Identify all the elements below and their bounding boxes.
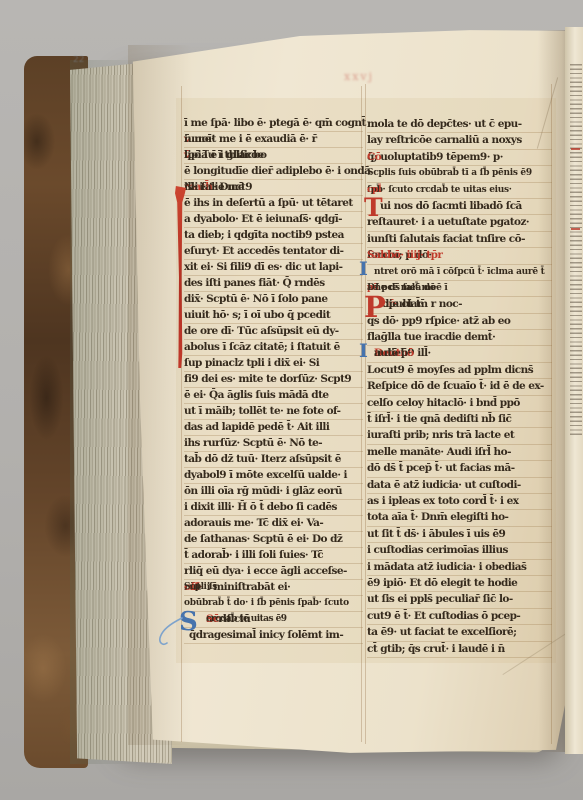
manuscript-line: ē9 ipiō· Et dō elegit te hodie — [367, 576, 552, 592]
body-text: iuuoīt me i ē exaudiā ē· r̄ — [184, 132, 317, 147]
body-text: adorauis me· Tc̄ dix̄ ei· Va- — [184, 516, 323, 531]
manuscript-line: ut ſit t̄ ds̄· i ābules ī uis ē9 — [367, 527, 552, 543]
body-text: tab̄ dō dz̄ tuū· Iterz aſsūpsit ē — [184, 452, 341, 467]
manuscript-line: i cuſtodias cerimoīas illius — [367, 543, 552, 559]
body-text: ntret orō mā ī cōſpcū t̄· īclma aurē t̄ — [374, 265, 544, 280]
manuscript-line: celſo celoy hitaclō· i bnd̄ ppō — [367, 396, 552, 412]
body-text: ta ē9· ut faciat te excelſiorē; — [367, 625, 517, 640]
manuscript-photo: 22 xxvj ī me ſpā· libo ē· ptegā ē· qm̄ c… — [0, 0, 583, 800]
manuscript-line: ē longitudīe dier̄ adiplebo ē· i ondā — [184, 164, 363, 180]
manuscript-line: fi9 dei es· mite te dorſūz· Scpt9 — [184, 372, 363, 388]
body-text: Reſpice dō de ſcuaīo t̄· id ē de ex- — [367, 379, 544, 394]
body-text: iuraſti prib; nris trā lacte et — [367, 428, 514, 443]
body-text: celſo celoy hitaclō· i bnd̄ ppō — [367, 396, 520, 411]
body-text: q̄; uoluptatib9 tēpem9· p· — [367, 150, 503, 165]
body-text: xit ei· Si fili9 dī es· dic ut lapi- — [184, 260, 343, 275]
manuscript-line: ſpb̄· ſcuto crcdab̄ te uitas eius· cpl̄ — [367, 183, 552, 199]
manuscript-line: rliq̄ eū dya· i ecce āgli acceſse- — [184, 564, 363, 580]
manuscript-line: ct̄ gtib; q̄s crut̄· i laudē i n̄ — [367, 642, 552, 658]
manuscript-line: rūt· i miniſtrabāt ei· off· Scpli ſs̄ — [184, 580, 363, 596]
manuscript-line: i dixit illi· H̄ ō t̄ debo ſi cadēs — [184, 500, 363, 516]
manuscript-line: as i ipleas ex toto cord̄ t̄· i ex — [367, 494, 552, 510]
manuscript-line: ī me ſpā· libo ē· ptegā ē· qm̄ cognt̄ — [184, 116, 363, 132]
body-text: as i ipleas ex toto cord̄ t̄· i ex — [367, 494, 518, 509]
manuscript-line: acrificiū Sc̄ crcdab̄ te uitas ē9 — [184, 612, 363, 628]
manuscript-line: obūbrab̄ t̄ do· i ſb̄ pēnis ſpab̄· ſcuto — [184, 596, 363, 612]
initial-t-postcommunion: T — [364, 193, 383, 222]
manuscript-line: data ē atz̄ iudicia· ut cuſtodi- — [367, 478, 552, 494]
pencil-folio-number: 22 — [73, 55, 84, 65]
body-text: Scplis ſuis obūbrab̄ tī a ſb̄ pēnis ē9 — [367, 166, 532, 181]
manuscript-line: ta ē9· ut faciat te excelſiorē; — [367, 625, 552, 641]
manuscript-line: ui nos dō ſacmti libadō ſcā — [367, 199, 552, 215]
manuscript-line: tota aīa t̄· Dnm̄ elegiſti ho- — [367, 510, 552, 526]
manuscript-line: uiuit hō· s; ī oī ubo q̄ pcedit — [184, 308, 363, 324]
body-text: flaḡlla tue iracdie demt̄· — [367, 330, 495, 345]
manuscript-line: q̄dragesimal̄ inicy ſolēmt im- — [184, 628, 363, 644]
manuscript-line: ad pcē meā dō· ps̄ Dn̄e ds̄ ſalt̄ meē ī — [367, 281, 552, 297]
body-text: dyabol9 ī mōte excelſū ualde· i — [184, 468, 347, 483]
body-text: q̄dragesimal̄ inicy ſolēmt im- — [189, 628, 343, 643]
manuscript-line: dyabol9 ī mōte excelſū ualde· i — [184, 468, 363, 484]
body-text: ta dieb; i qdgīta noctib9 pstea — [184, 228, 344, 243]
body-text: ē longitudīe dier̄ adiplebo ē· i ondā — [184, 164, 363, 179]
manuscript-line: t̄ adorab̄· i illi ſoli ſuies· Tc̄ — [184, 548, 363, 564]
manuscript-line: Reſpice dō de ſcuaīo t̄· id ē de ex- — [367, 379, 552, 395]
body-text: a dyabolo· Et ē ieiunaſs̄· qdgī- — [184, 212, 342, 227]
body-text: tota aīa t̄· Dnm̄ elegiſti ho- — [367, 510, 508, 525]
facing-page-rubric-mark — [571, 228, 580, 230]
initial-i-lesson: I — [359, 340, 368, 362]
body-text: abolus ī ſcāz citatē; i ſtatuit ē — [184, 340, 340, 355]
manuscript-line: q̄s dō· pp9 rſpice· atz̄ ab eo — [367, 314, 552, 330]
body-text: obūbrab̄ t̄ do· i ſb̄ pēnis ſpab̄· ſcuto — [184, 596, 349, 611]
manuscript-line: dō ds̄ t̄ pcep̄ t̄· ut facias mā- — [367, 461, 552, 477]
manuscript-line: lay reſtricōe carnaliū a noxys — [367, 133, 552, 149]
body-text: autē p̄· — [374, 346, 411, 361]
body-text: crcdab̄ te uitas ē9 — [206, 612, 287, 627]
body-text: lay reſtricōe carnaliū a noxys — [367, 133, 522, 148]
body-text: eſuryt· Et accedēs tentator di- — [184, 244, 344, 259]
red-folio-stamp: xxvj — [344, 70, 374, 83]
body-text: ſpb̄· ſcuto crcdab̄ te uitas eius· — [367, 183, 512, 198]
ruling-line-vertical — [365, 84, 366, 744]
body-text: uiuit hō· s; ī oī ubo q̄ pcedit — [184, 308, 330, 323]
manuscript-line: ē ei· Q̄a āglis ſuis mādā dte — [184, 388, 363, 404]
manuscript-line: Locut9 ē moyſes ad pplm dicns̄ — [367, 363, 552, 379]
manuscript-line: melle manāte· Audi iſrl̄ ho- — [367, 445, 552, 461]
manuscript-line: das ad lapidē pedē t̄· Ait illi — [184, 420, 363, 436]
body-text: mola te dō depc̄tes· ut c̄ epu- — [367, 117, 522, 132]
manuscript-line: ē ihs in deſertū a ſpū· ut tētaret — [184, 196, 363, 212]
manuscript-line: cut9 ē t̄· Et cuſtodias ō pcep- — [367, 609, 552, 625]
manuscript-line: ta dieb; i qdgīta noctib9 pstea — [184, 228, 363, 244]
manuscript-line: ut ī māib; tollēt te· ne fote of- — [184, 404, 363, 420]
rubric-text: Sabbō· iiij· tp̄r — [367, 248, 442, 263]
body-text: rliq̄ eū dya· i ecce āgli acceſse- — [184, 564, 347, 579]
manuscript-line: n̄ me· v iuuoīt me i ē exaudiā ē· r̄ — [184, 132, 363, 148]
manuscript-line: Scplis ſuis obūbrab̄ tī a ſb̄ pēnis ē9 — [367, 166, 552, 182]
body-text: ut ſis ei ppls̄ peculiar̄ ſic̄ lo- — [367, 592, 513, 607]
manuscript-line: xit ei· Si fili9 dī es· dic ut lapi- — [184, 260, 363, 276]
manuscript-line: N· i· t· Duct9 math̄ illi ſalie mē — [184, 180, 363, 196]
manuscript-line: t̄ iſrl̄· i tie qnā dediſti nb̄ ſic̄ — [367, 412, 552, 428]
manuscript-line: ipō ſu ī tblacōe v̄ lipiā ē i glificbo — [184, 148, 363, 164]
manuscript-line: de ſathanas· Scptū ē ei· Do dz̄ — [184, 532, 363, 548]
manuscript-line: ut ſis ei ppls̄ peculiar̄ ſic̄ lo- — [367, 592, 552, 608]
manuscript-line: n dieb9 ill̄· Deutnō autē p̄· — [367, 346, 552, 362]
manuscript-line: iuraſti prib; nris trā lacte et — [367, 428, 552, 444]
manuscript-line: ntret orō mā ī cōſpcū t̄· īclma aurē t̄ — [367, 265, 552, 281]
manuscript-line: q̄; uoluptatib9 tēpem9· p· Cō — [367, 150, 552, 166]
manuscript-line: flaḡlla tue iracdie demt̄· — [367, 330, 552, 346]
body-text: cut9 ē t̄· Et cuſtodias ō pcep- — [367, 609, 520, 624]
manuscript-line: ōn illi oīa rḡ mūdi· i glāz eorū — [184, 484, 363, 500]
body-text: das ad lapidē pedē t̄· Ait illi — [184, 420, 329, 435]
manuscript-line: mola te dō depc̄tes· ut c̄ epu- — [367, 117, 552, 133]
facing-page-rubric-mark — [571, 148, 580, 150]
body-text: de ore dī· Tūc aſsūpsit eū dy- — [184, 324, 339, 339]
body-text: dō ds̄ t̄ pcep̄ t̄· ut facias mā- — [367, 461, 515, 476]
body-text: fi9 dei es· mite te dorſūz· Scpt9 — [184, 372, 351, 387]
body-text: ui nos dō ſacmti libadō ſcā — [380, 199, 522, 214]
body-text: ē ei· Q̄a āglis ſuis mādā dte — [184, 388, 329, 403]
facing-page-text — [570, 63, 582, 435]
body-text: i mādata atz̄ iudicia· i obedias̄ — [367, 560, 526, 575]
body-text: iunſti ſalutais faciat tnſire cō- — [367, 232, 525, 247]
body-text: ihs rurſūz· Scptū ē· Nō te- — [184, 436, 322, 451]
body-text: dix̄· Scptū ē· Nō ī ſolo pane — [184, 292, 327, 307]
manuscript-line: reſtauret· i a uetuſtate pgatoz· — [367, 215, 552, 231]
body-text: die clam̄ r noc- — [382, 297, 462, 312]
body-text: illi ſalie mē — [184, 180, 244, 195]
body-text: ut ſit t̄ ds̄· i ābules ī uis ē9 — [367, 527, 505, 542]
manuscript-line: dix̄· Scptū ē· Nō ī ſolo pane — [184, 292, 363, 308]
body-text: q̄s dō· pp9 rſpice· atz̄ ab eo — [367, 314, 510, 329]
body-text: ut ī māib; tollēt te· ne fote of- — [184, 404, 340, 419]
body-text: ī me ſpā· libo ē· ptegā ē· qm̄ cognt̄ — [184, 116, 363, 131]
manuscript-line: ſorciu; p dō· Sabbō· iiij· tp̄r — [367, 248, 552, 264]
body-text: melle manāte· Audi iſrl̄ ho- — [367, 445, 511, 460]
body-text: ſup pinaclz tpli i dix̄ ei· Si — [184, 356, 319, 371]
manuscript-line: de ore dī· Tūc aſsūpsit eū dy- — [184, 324, 363, 340]
manuscript-line: tab̄ dō dz̄ tuū· Iterz aſsūpsit ē — [184, 452, 363, 468]
body-text: ct̄ gtib; q̄s crut̄· i laudē i n̄ — [367, 642, 505, 657]
body-text: Scpli ſs̄ — [184, 580, 217, 595]
body-text: data ē atz̄ iudicia· ut cuſtodi- — [367, 478, 521, 493]
manuscript-line: iunſti ſalutais faciat tnſire cō- — [367, 232, 552, 248]
body-text: des iſti panes fiāt· Q̄ rndēs — [184, 276, 325, 291]
body-text: de ſathanas· Scptū ē ei· Do dz̄ — [184, 532, 342, 547]
initial-i-introit: I — [359, 258, 368, 280]
manuscript-line: abolus ī ſcāz citatē; i ſtatuit ē — [184, 340, 363, 356]
manuscript-line: eſuryt· Et accedēs tentator di- — [184, 244, 363, 260]
manuscript-line: opulū t̄· or̄· die clam̄ r noc- — [367, 297, 552, 313]
manuscript-column-right: mola te dō depc̄tes· ut c̄ epu-lay reſtr… — [367, 117, 552, 658]
manuscript-column-left: ī me ſpā· libo ē· ptegā ē· qm̄ cognt̄n̄ … — [184, 116, 363, 644]
body-text: t̄ iſrl̄· i tie qnā dediſti nb̄ ſic̄ — [367, 412, 511, 427]
body-text: i dixit illi· H̄ ō t̄ debo ſi cadēs — [184, 500, 337, 515]
body-text: reſtauret· i a uetuſtate pgatoz· — [367, 215, 529, 230]
body-text: ē ihs in deſertū a ſpū· ut tētaret — [184, 196, 353, 211]
manuscript-line: ſup pinaclz tpli i dix̄ ei· Si — [184, 356, 363, 372]
initial-p-collect: P — [364, 290, 386, 324]
manuscript-line: a dyabolo· Et ē ieiunaſs̄· qdgī- — [184, 212, 363, 228]
body-text: Locut9 ē moyſes ad pplm dicns̄ — [367, 363, 533, 378]
manuscript-line: ihs rurſūz· Scptū ē· Nō te- — [184, 436, 363, 452]
manuscript-line: adorauis me· Tc̄ dix̄ ei· Va- — [184, 516, 363, 532]
body-text: ōn illi oīa rḡ mūdi· i glāz eorū — [184, 484, 342, 499]
body-text: i cuſtodias cerimoīas illius — [367, 543, 508, 558]
body-text: t̄ adorab̄· i illi ſoli ſuies· Tc̄ — [184, 548, 323, 563]
manuscript-line: des iſti panes fiāt· Q̄ rndēs — [184, 276, 363, 292]
rubric-text: Cō — [367, 150, 381, 165]
body-text: ē9 ipiō· Et dō elegit te hodie — [367, 576, 517, 591]
manuscript-line: i mādata atz̄ iudicia· i obedias̄ — [367, 560, 552, 576]
body-text: lipiā ē i glificbo — [184, 148, 266, 163]
pen-flourish — [152, 616, 186, 650]
